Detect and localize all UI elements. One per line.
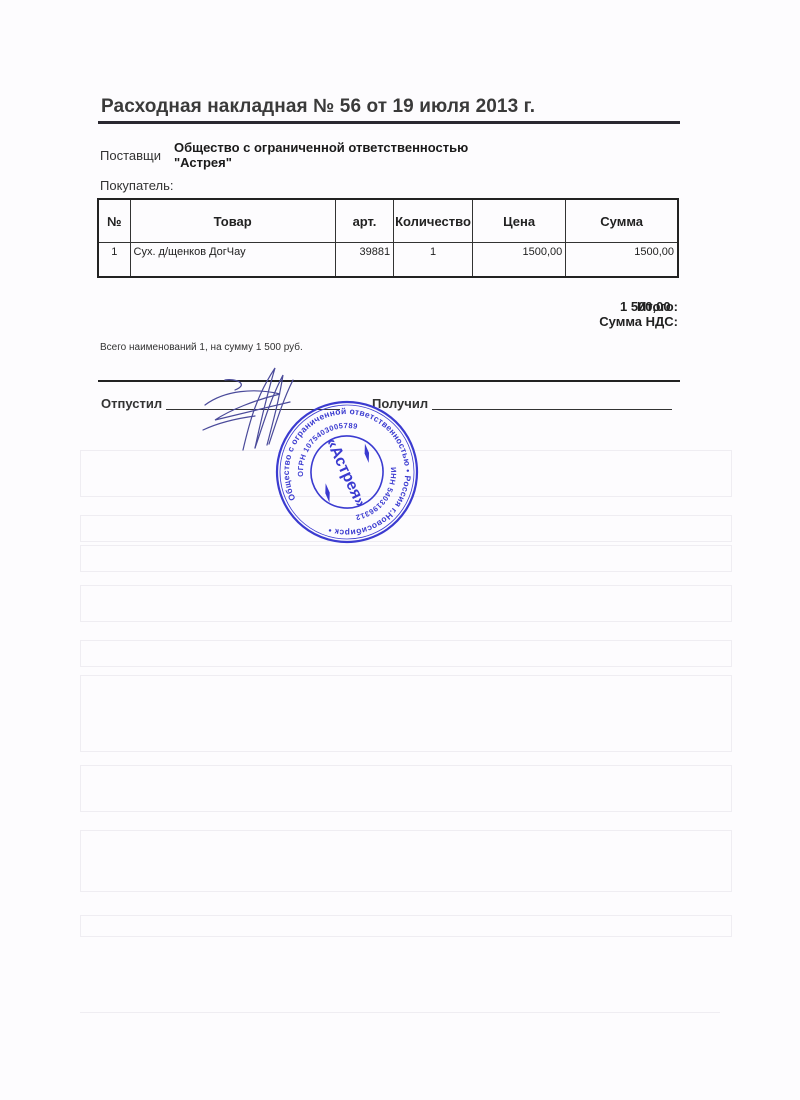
table-header-row: № Товар арт. Количество Цена Сумма bbox=[98, 199, 678, 243]
header-art: арт. bbox=[335, 199, 393, 243]
supplier-name: Общество с ограниченной ответственностью… bbox=[174, 140, 468, 170]
cell-item: Сух. д/щенков ДогЧау bbox=[130, 243, 335, 278]
cell-art: 39881 bbox=[335, 243, 393, 278]
header-no: № bbox=[98, 199, 130, 243]
received-signature-line bbox=[432, 409, 672, 410]
company-stamp: Общество с ограниченной ответственностью… bbox=[272, 397, 422, 547]
cell-sum: 1500,00 bbox=[566, 243, 678, 278]
total-value: 1 500,00 bbox=[620, 299, 671, 314]
items-table: № Товар арт. Количество Цена Сумма 1 Сух… bbox=[97, 198, 679, 278]
title-underline bbox=[98, 121, 680, 124]
cell-no: 1 bbox=[98, 243, 130, 278]
supplier-label: Поставщи bbox=[100, 148, 161, 163]
separator-rule bbox=[98, 380, 680, 382]
released-label: Отпустил bbox=[101, 396, 162, 411]
supplier-name-line1: Общество с ограниченной ответственностью bbox=[174, 140, 468, 155]
summary-text: Всего наименований 1, на сумму 1 500 руб… bbox=[100, 342, 303, 353]
header-item: Товар bbox=[130, 199, 335, 243]
page-title: Расходная накладная № 56 от 19 июля 2013… bbox=[101, 96, 535, 118]
buyer-label: Покупатель: bbox=[100, 178, 173, 193]
cell-price: 1500,00 bbox=[472, 243, 565, 278]
table-row: 1 Сух. д/щенков ДогЧау 39881 1 1500,00 1… bbox=[98, 243, 678, 278]
supplier-name-line2: "Астрея" bbox=[174, 155, 468, 170]
vat-label: Сумма НДС: bbox=[599, 314, 678, 329]
header-qty: Количество bbox=[394, 199, 473, 243]
cell-qty: 1 bbox=[394, 243, 473, 278]
header-price: Цена bbox=[472, 199, 565, 243]
header-sum: Сумма bbox=[566, 199, 678, 243]
